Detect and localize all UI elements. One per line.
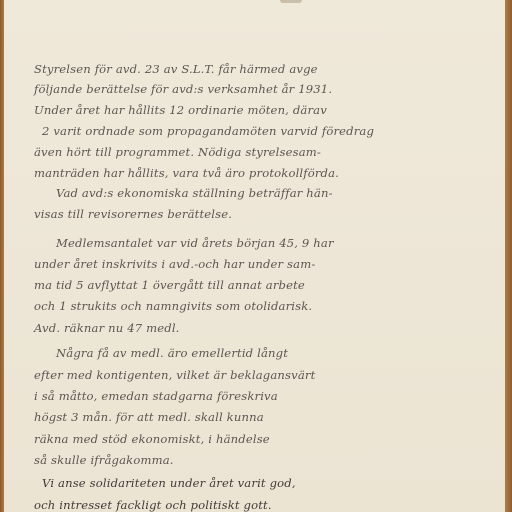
text-line-5: även hört till programmet. Nödiga styrel… (34, 143, 321, 161)
text-line-10: under året inskrivits i avd.-och har und… (34, 255, 315, 273)
text-line-12: och 1 strukits och namngivits som otolid… (34, 297, 312, 315)
text-line-3: Under året har hållits 12 ordinarie möte… (34, 101, 327, 119)
text-line-14: Några få av medl. äro emellertid långt (56, 344, 288, 362)
text-line-6: manträden har hållits, vara två äro prot… (34, 164, 339, 182)
text-line-4: 2 varit ordnade som propagandamöten varv… (42, 122, 374, 140)
text-line-13: Avd. räknar nu 47 medl. (34, 319, 180, 337)
text-line-17: högst 3 mån. för att medl. skall kunna (34, 408, 264, 426)
text-line-21: och intresset fackligt och politiskt got… (34, 496, 272, 512)
text-line-19: så skulle ifrågakomma. (34, 451, 174, 469)
text-line-20: Vi anse solidariteten under året varit g… (42, 474, 296, 492)
text-line-9: Medlemsantalet var vid årets början 45, … (56, 234, 334, 252)
text-line-18: räkna med stöd ekonomiskt, i händelse (34, 430, 270, 448)
paper-tab-mark (280, 0, 302, 3)
paper-page: Styrelsen för avd. 23 av S.L.T. får härm… (4, 0, 505, 512)
text-line-1: Styrelsen för avd. 23 av S.L.T. får härm… (34, 60, 318, 78)
text-line-8: visas till revisorernes berättelse. (34, 205, 232, 223)
text-line-7: Vad avd:s ekonomiska ställning beträffar… (56, 184, 333, 202)
wood-frame-right (505, 0, 512, 512)
text-line-16: i så måtto, emedan stadgarna föreskriva (34, 387, 278, 405)
text-line-15: efter med kontigenten, vilket är beklaga… (34, 366, 315, 384)
text-line-11: ma tid 5 avflyttat 1 övergått till annat… (34, 276, 305, 294)
text-line-2: följande berättelse för avd:s verksamhet… (34, 80, 332, 98)
